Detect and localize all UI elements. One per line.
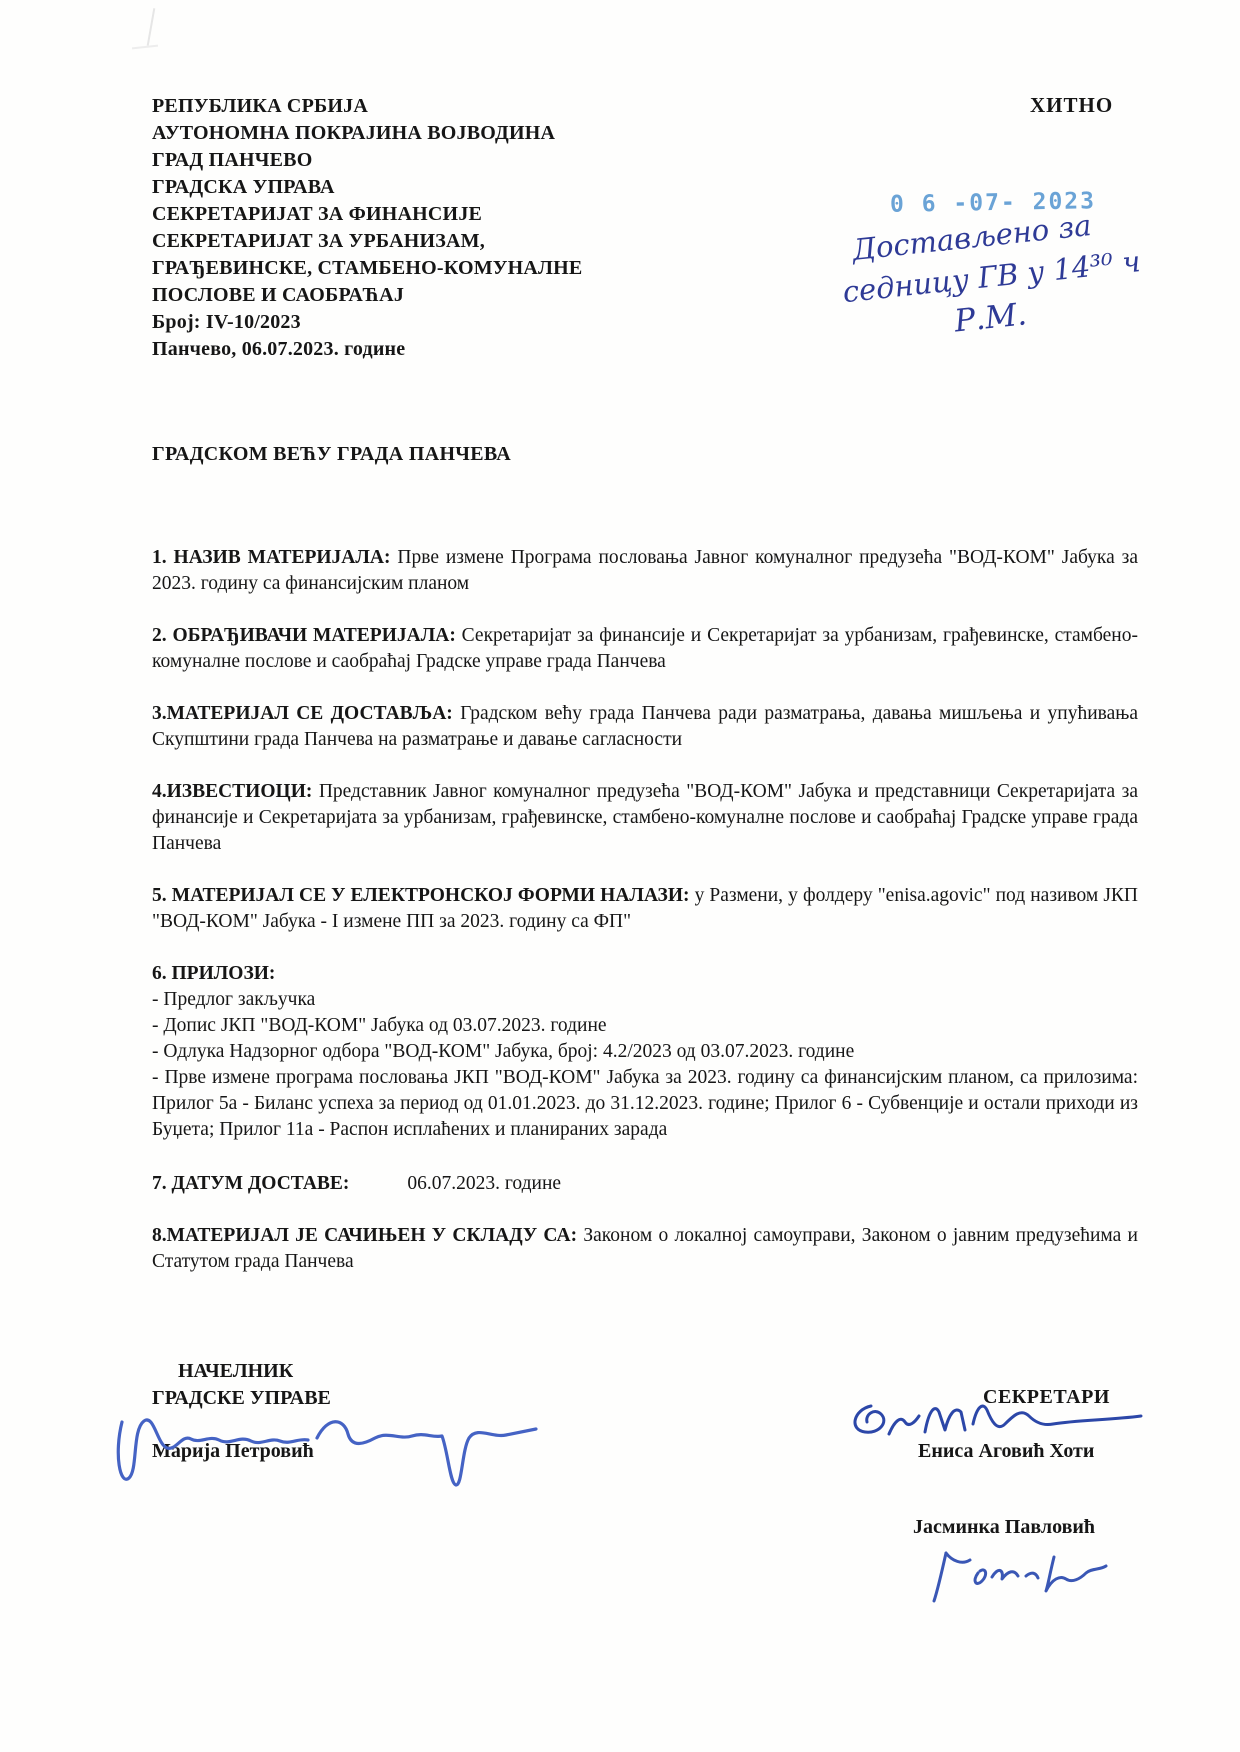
- attachment-item: - Одлука Надзорног одбора "ВОД-КОМ" Јабу…: [152, 1039, 1138, 1065]
- section-1-title-of-material: 1. НАЗИВ МАТЕРИЈАЛА: Прве измене Програм…: [152, 545, 1138, 597]
- document-place-date: Панчево, 06.07.2023. године: [152, 336, 582, 363]
- section-label: 2. ОБРАЂИВАЧИ МАТЕРИЈАЛА:: [152, 625, 456, 646]
- document-number: Број: IV-10/2023: [152, 309, 582, 336]
- letterhead-line: АУТОНОМНА ПОКРАЈИНА ВОЈВОДИНА: [152, 120, 582, 147]
- letterhead-line: ГРАЂЕВИНСКЕ, СТАМБЕНО-КОМУНАЛНЕ: [152, 255, 582, 282]
- signature-stroke-right-2: [930, 1545, 1120, 1607]
- signature-stroke-left: [112, 1388, 542, 1496]
- section-label: 7. ДАТУМ ДОСТАВЕ:: [152, 1173, 349, 1194]
- handwritten-note: Достављено за седницу ГВ у 14³⁰ ч Р.М.: [836, 197, 1177, 354]
- section-7-delivery-date: 7. ДАТУМ ДОСТАВЕ:06.07.2023. године: [152, 1171, 1138, 1197]
- section-label: 5. МАТЕРИЈАЛ СЕ У ЕЛЕКТРОНСКОЈ ФОРМИ НАЛ…: [152, 885, 690, 906]
- section-5-electronic-form-location: 5. МАТЕРИЈАЛ СЕ У ЕЛЕКТРОНСКОЈ ФОРМИ НАЛ…: [152, 883, 1138, 935]
- attachment-item: - Допис ЈКП "ВОД-КОМ" Јабука од 03.07.20…: [152, 1013, 1138, 1039]
- section-3-material-delivered-to: 3.МАТЕРИЈАЛ СЕ ДОСТАВЉА: Градском већу г…: [152, 701, 1138, 753]
- letterhead-line: ГРАД ПАНЧЕВО: [152, 147, 582, 174]
- letterhead-line: ГРАДСКА УПРАВА: [152, 174, 582, 201]
- letterhead-line: СЕКРЕТАРИЈАТ ЗА ФИНАНСИЈЕ: [152, 201, 582, 228]
- document-body: 1. НАЗИВ МАТЕРИЈАЛА: Прве измене Програм…: [152, 545, 1138, 1301]
- section-label: 8.МАТЕРИЈАЛ ЈЕ САЧИЊЕН У СКЛАДУ СА:: [152, 1225, 577, 1246]
- scan-artifact: [132, 45, 158, 50]
- scan-artifact: [147, 8, 156, 46]
- scanned-document-page: РЕПУБЛИКА СРБИЈА АУТОНОМНА ПОКРАЈИНА ВОЈ…: [0, 0, 1240, 1752]
- letterhead-line: ПОСЛОВЕ И САОБРАЋАЈ: [152, 282, 582, 309]
- letterhead: РЕПУБЛИКА СРБИЈА АУТОНОМНА ПОКРАЈИНА ВОЈ…: [152, 93, 582, 363]
- signer-name-right-2: Јасминка Павловић: [913, 1516, 1095, 1539]
- section-6-attachments: 6. ПРИЛОЗИ: - Предлог закључка - Допис Ј…: [152, 961, 1138, 1143]
- attachment-item: - Предлог закључка: [152, 987, 1138, 1013]
- attachments-heading: 6. ПРИЛОЗИ:: [152, 961, 1138, 987]
- letterhead-line: СЕКРЕТАРИЈАТ ЗА УРБАНИЗАМ,: [152, 228, 582, 255]
- section-2-material-processors: 2. ОБРАЂИВАЧИ МАТЕРИЈАЛА: Секретаријат з…: [152, 623, 1138, 675]
- attachment-item: - Прве измене програма пословања ЈКП "ВО…: [152, 1065, 1138, 1143]
- addressee-line: ГРАДСКОМ ВЕЋУ ГРАДА ПАНЧЕВА: [152, 443, 511, 466]
- section-8-compliance: 8.МАТЕРИЈАЛ ЈЕ САЧИЊЕН У СКЛАДУ СА: Зако…: [152, 1223, 1138, 1275]
- section-label: 1. НАЗИВ МАТЕРИЈАЛА:: [152, 547, 390, 568]
- section-label: 4.ИЗВЕСТИОЦИ:: [152, 781, 312, 802]
- section-4-rapporteurs: 4.ИЗВЕСТИОЦИ: Представник Јавног комунал…: [152, 779, 1138, 857]
- signer-role-line: НАЧЕЛНИК: [152, 1358, 331, 1385]
- delivery-date-value: 06.07.2023. године: [407, 1173, 561, 1194]
- urgent-label: ХИТНО: [1030, 93, 1113, 118]
- letterhead-line: РЕПУБЛИКА СРБИЈА: [152, 93, 582, 120]
- signature-stroke-right-1: [845, 1392, 1145, 1454]
- section-label: 3.МАТЕРИЈАЛ СЕ ДОСТАВЉА:: [152, 703, 453, 724]
